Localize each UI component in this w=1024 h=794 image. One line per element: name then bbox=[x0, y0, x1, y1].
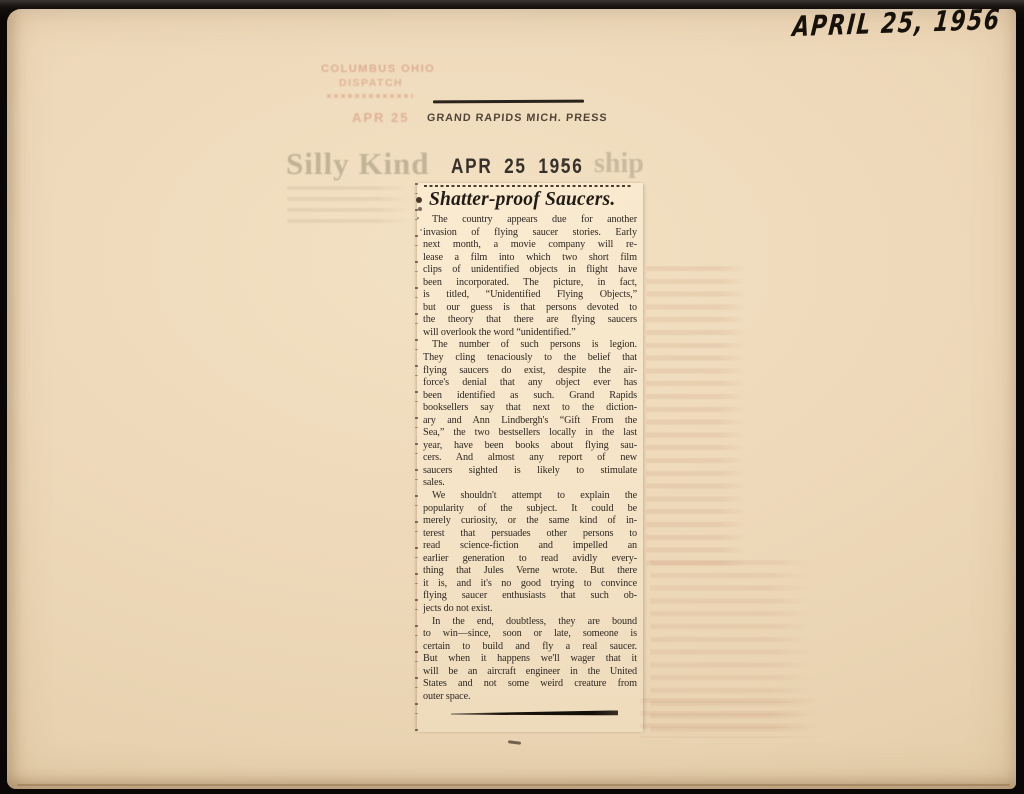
article-line: next month, a movie company will re- bbox=[423, 239, 637, 252]
article-paragraph: The country appears due for anotherinvas… bbox=[423, 214, 637, 339]
article-line: merely curiosity, or the same kind of in… bbox=[423, 515, 637, 528]
article-line: read science-fiction and impelled an bbox=[423, 540, 637, 553]
article-line: booksellers say that next to the diction… bbox=[423, 402, 637, 415]
clipping-dotted-rule bbox=[424, 185, 633, 187]
ghost-headline-left: Silly Kind bbox=[286, 146, 430, 182]
article-line: cers. And almost any report of new bbox=[423, 452, 637, 465]
article-line: the theory that there are flying saucers bbox=[423, 314, 637, 327]
article-line: been incorporated. The picture, in fact, bbox=[423, 277, 637, 290]
article-line: been identified as such. Grand Rapids bbox=[423, 390, 637, 403]
article-line: earlier generation to read avidly every- bbox=[423, 553, 637, 566]
ghost-stamp-smallline bbox=[327, 94, 413, 98]
article-line: popularity of the subject. It could be bbox=[423, 503, 637, 516]
ghost-bleed-column bbox=[646, 266, 750, 566]
newspaper-clipping: Shatter-proof Saucers. The country appea… bbox=[417, 183, 643, 732]
article-line: jects do not exist. bbox=[423, 603, 637, 616]
article-line: outer space. bbox=[423, 691, 637, 704]
article-line: year, have been books about flying sau- bbox=[423, 440, 637, 453]
article-line: but our guess is that persons devoted to bbox=[423, 302, 637, 315]
article-headline: Shatter-proof Saucers. bbox=[429, 189, 643, 211]
ghost-bleed-column bbox=[640, 698, 830, 738]
article-line: The number of such persons is legion. bbox=[423, 339, 637, 352]
ghost-stamp-date: APR 25 bbox=[352, 110, 410, 125]
article-line: terest that persuades other persons to bbox=[423, 528, 637, 541]
article-line: In the end, doubtless, they are bound bbox=[423, 616, 637, 629]
ghost-stamp-paper: DISPATCH bbox=[339, 77, 403, 89]
article-line: We shouldn't attempt to explain the bbox=[423, 490, 637, 503]
paper-bottom-edge bbox=[17, 784, 1010, 786]
article-line: to win—since, soon or late, someone is bbox=[423, 628, 637, 641]
article-line: saucers sighted is likely to stimulate bbox=[423, 465, 637, 478]
article-line: will be an aircraft engineer in the Unit… bbox=[423, 666, 637, 679]
article-line: lease a film into which two short film bbox=[423, 252, 637, 265]
article-line: is titled, “Unidentified Flying Objects,… bbox=[423, 289, 637, 302]
article-line: it is, and it's no good trying to convin… bbox=[423, 578, 637, 591]
article-line: They cling tenaciously to the belief tha… bbox=[423, 352, 637, 365]
ghost-headline-right: ship bbox=[594, 148, 644, 180]
article-line: The country appears due for another bbox=[423, 214, 637, 227]
article-line: thing that Jules Verne wrote. But there bbox=[423, 565, 637, 578]
article-body: The country appears due for anotherinvas… bbox=[423, 214, 637, 703]
article-line: sales. bbox=[423, 477, 637, 490]
article-line: clips of unidentified objects in flight … bbox=[423, 264, 637, 277]
article-line: flying saucer enthusiasts that such ob- bbox=[423, 590, 637, 603]
article-line: ary and Ann Lindbergh's “Gift From the bbox=[423, 415, 637, 428]
torn-edge bbox=[415, 183, 418, 732]
ghost-stamp-city: COLUMBUS OHIO bbox=[321, 63, 435, 75]
article-line: invasion of flying saucer stories. Early bbox=[423, 227, 637, 240]
handwritten-annotation: APRIL 25, 1956 bbox=[791, 4, 973, 43]
article-paragraph: We shouldn't attempt to explain thepopul… bbox=[423, 490, 637, 615]
photo-scan: COLUMBUS OHIO DISPATCH APR 25 Silly Kind… bbox=[0, 0, 1024, 794]
article-line: flying saucers do exist, despite the air… bbox=[423, 365, 637, 378]
article-line: certain to build and fly a real saucer. bbox=[423, 641, 637, 654]
article-line: But when it happens we'll wager that it bbox=[423, 653, 637, 666]
article-paragraph: The number of such persons is legion.The… bbox=[423, 339, 637, 490]
masthead-source: GRAND RAPIDS MICH. PRESS bbox=[427, 112, 608, 124]
article-line: Sea,” the two bestsellers locally in the… bbox=[423, 427, 637, 440]
ghost-bleed-column bbox=[287, 186, 415, 224]
ink-blotch bbox=[416, 197, 422, 203]
article-line: will overlook the word “unidentified.” bbox=[423, 327, 637, 340]
article-line: States and not some weird creature from bbox=[423, 678, 637, 691]
article-paragraph: In the end, doubtless, they are boundto … bbox=[423, 616, 637, 704]
article-line: force's denial that any object ever has bbox=[423, 377, 637, 390]
